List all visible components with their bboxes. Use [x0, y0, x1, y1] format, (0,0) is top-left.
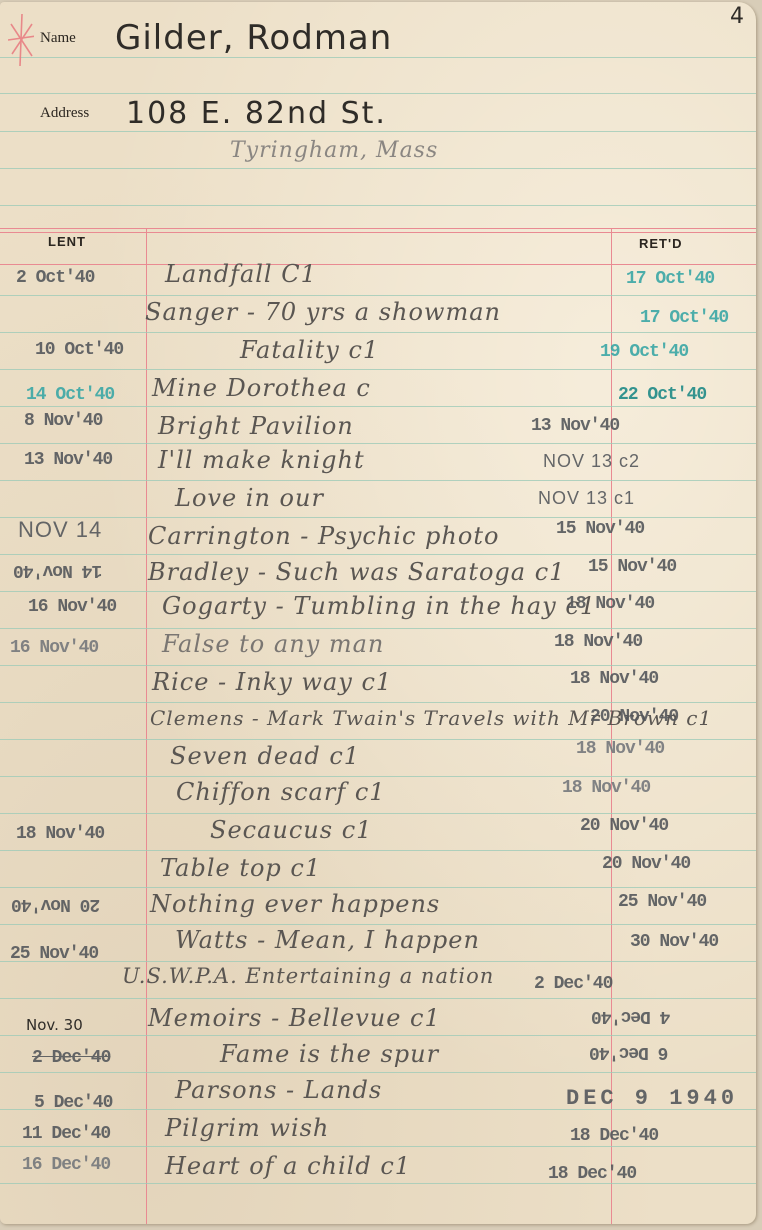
book-title: Pilgrim wish [165, 1114, 329, 1142]
returned-date: 18 Dec'40 [570, 1126, 658, 1146]
lent-date: 8 Nov'40 [24, 411, 102, 431]
book-title: Carrington - Psychic photo [148, 522, 499, 550]
book-title: Table top c1 [160, 854, 321, 882]
lent-date: NOV 14 [18, 517, 102, 543]
returned-date: 25 Nov'40 [618, 892, 706, 912]
lent-date: 2 Oct'40 [16, 268, 94, 288]
name-label: Name [40, 30, 76, 47]
returned-date: 19 Oct'40 [600, 342, 688, 362]
book-title: Fatality c1 [240, 336, 379, 364]
lent-date: 11 Dec'40 [22, 1124, 110, 1144]
returned-date: 30 Nov'40 [630, 932, 718, 952]
book-title: False to any man [162, 630, 384, 658]
lent-date-handwritten: Nov. 30 [26, 1016, 83, 1034]
book-title: Bradley - Such was Saratoga c1 [148, 558, 565, 586]
book-title: Sanger - 70 yrs a showman [145, 298, 501, 326]
book-title: I'll make knight [158, 446, 365, 474]
returned-date: DEC 9 1940 [566, 1086, 738, 1111]
asterisk-mark-icon [8, 12, 34, 68]
borrower-name: Gilder, Rodman [115, 18, 392, 58]
lent-date-upside-down: 20 Nov'40 [12, 894, 100, 914]
book-title: Chiffon scarf c1 [176, 778, 386, 806]
returned-date: 20 Nov'40 [580, 816, 668, 836]
returned-date: 18 Nov'40 [566, 594, 654, 614]
returned-column-header: RET'D [639, 236, 682, 251]
book-title: Parsons - Lands [175, 1076, 382, 1104]
returned-date: 18 Nov'40 [570, 669, 658, 689]
rule-line [0, 131, 756, 132]
book-title: Memoirs - Bellevue c1 [148, 1004, 441, 1032]
lent-date-upside-down: 14 Nov'40 [14, 560, 102, 580]
lent-date: 16 Nov'40 [10, 638, 98, 658]
book-title: Watts - Mean, I happen [175, 926, 480, 954]
returned-date: 18 Nov'40 [554, 632, 642, 652]
returned-date: 2 Dec'40 [534, 974, 612, 994]
lent-date: 5 Dec'40 [34, 1093, 112, 1113]
book-title: Nothing ever happens [150, 890, 440, 918]
returned-date: 15 Nov'40 [556, 519, 644, 539]
book-title: Mine Dorothea c [152, 374, 371, 402]
lent-date: 25 Nov'40 [10, 944, 98, 964]
returned-date: 20 Nov'40 [590, 707, 678, 727]
book-title: Secaucus c1 [210, 816, 372, 844]
red-rule-top-2 [0, 232, 756, 233]
red-rule-top [0, 228, 756, 229]
book-title: Landfall C1 [165, 260, 317, 288]
returned-date-upside-down: 6 Dec'40 [590, 1042, 668, 1062]
card-number: 4 [730, 4, 744, 29]
lent-date: 2 Dec'40 [32, 1048, 110, 1068]
returned-date: 22 Oct'40 [618, 385, 706, 405]
lent-date: 10 Oct'40 [35, 340, 123, 360]
returned-date-upside-down: 4 Dec'40 [592, 1006, 670, 1026]
borrower-address: 108 E. 82nd St. [126, 96, 387, 131]
returned-date: 15 Nov'40 [588, 557, 676, 577]
rule-line [0, 93, 756, 94]
book-title: Bright Pavilion [158, 412, 354, 440]
lent-date: 18 Nov'40 [16, 824, 104, 844]
lent-date: 16 Dec'40 [22, 1155, 110, 1175]
book-title: Heart of a child c1 [165, 1152, 411, 1180]
rule-line [0, 168, 756, 169]
book-title: Fame is the spur [220, 1040, 439, 1068]
book-title: Seven dead c1 [170, 742, 360, 770]
returned-date: 13 Nov'40 [531, 416, 619, 436]
lent-column-header: LENT [48, 234, 86, 249]
returned-date: 17 Oct'40 [640, 308, 728, 328]
red-rule-header [0, 264, 756, 265]
book-title: U.S.W.P.A. Entertaining a nation [122, 964, 494, 988]
returned-date: 20 Nov'40 [602, 854, 690, 874]
book-title: Gogarty - Tumbling in the hay c1 [162, 592, 596, 620]
red-rule-left [146, 228, 147, 1224]
returned-date: 18 Nov'40 [562, 778, 650, 798]
returned-date: NOV 13 c1 [538, 488, 635, 509]
lent-date: 13 Nov'40 [24, 450, 112, 470]
library-card: 4 Name Gilder, Rodman Address 108 E. 82n… [0, 2, 756, 1224]
returned-date: 18 Nov'40 [576, 739, 664, 759]
borrower-address-alt: Tyringham, Mass [230, 138, 438, 163]
address-label: Address [40, 105, 89, 122]
returned-date: NOV 13 c2 [543, 451, 640, 472]
lent-date: 14 Oct'40 [26, 385, 114, 405]
book-title: Rice - Inky way c1 [152, 668, 392, 696]
returned-date: 17 Oct'40 [626, 269, 714, 289]
rule-line [0, 205, 756, 206]
returned-date: 18 Dec'40 [548, 1164, 636, 1184]
book-title: Love in our [175, 484, 324, 512]
lent-date: 16 Nov'40 [28, 597, 116, 617]
